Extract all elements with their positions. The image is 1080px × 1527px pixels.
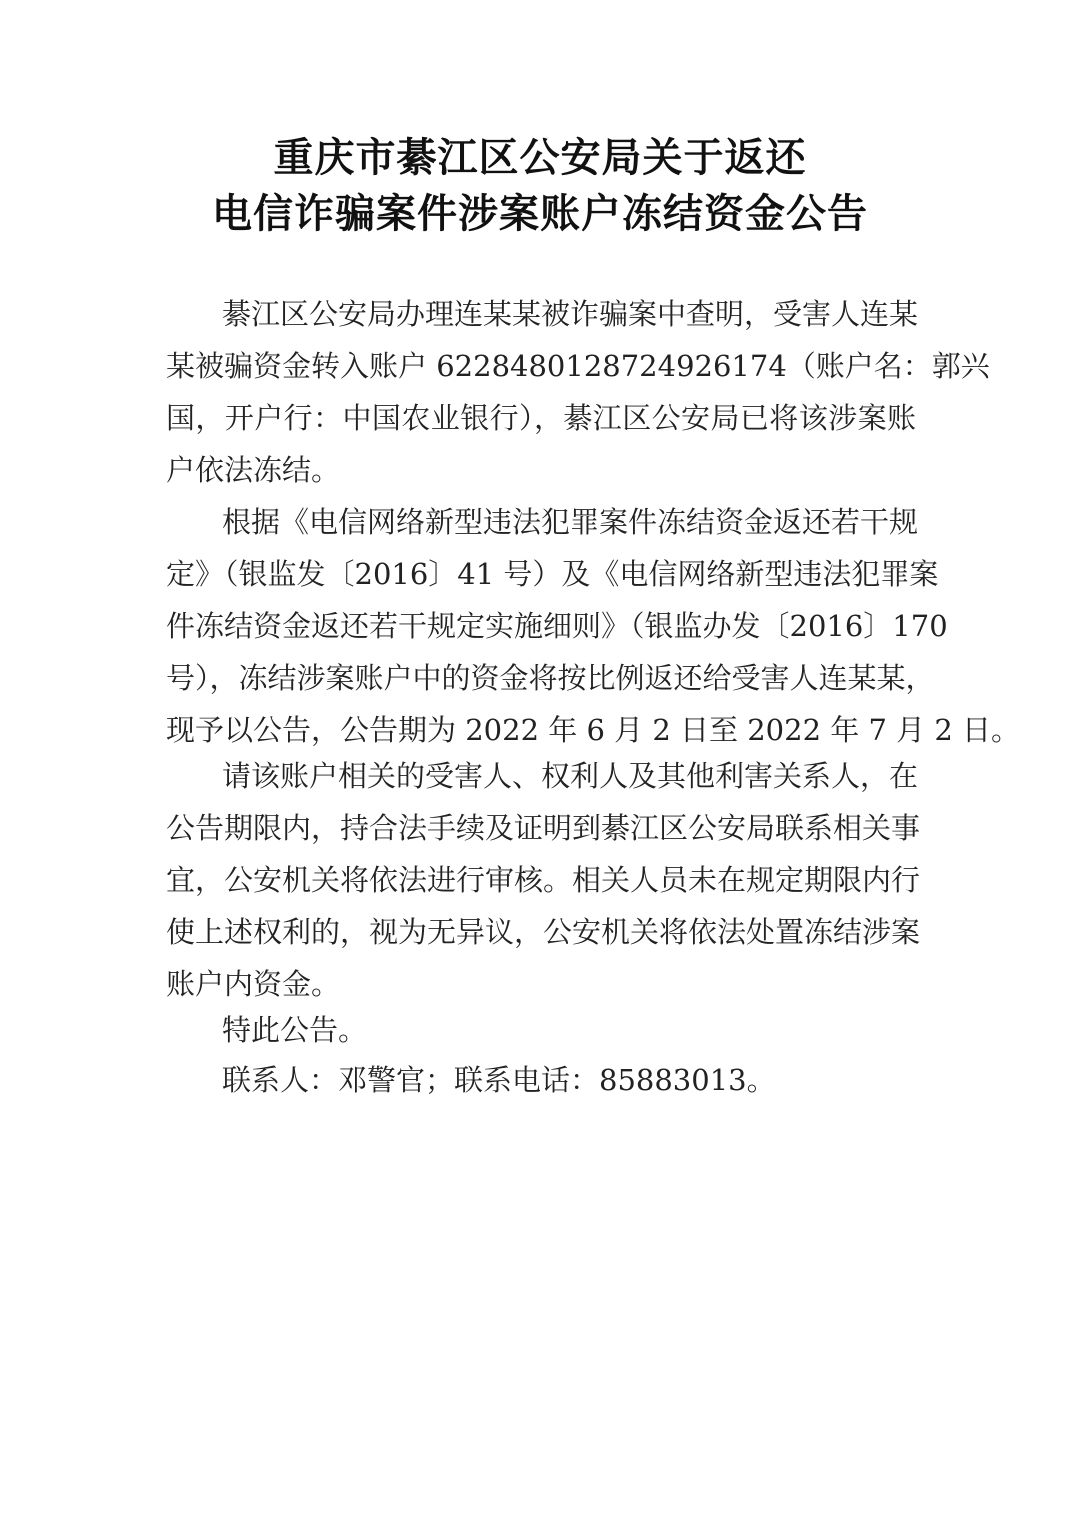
paragraph-line: 公告期限内，持合法手续及证明到綦江区公安局联系相关事 (166, 808, 916, 848)
paragraph-line: 户依法冻结。 (166, 450, 916, 490)
paragraph-line: 根据《电信网络新型违法犯罪案件冻结资金返还若干规 (222, 502, 916, 542)
closing-statement: 特此公告。 (222, 1010, 916, 1050)
paragraph-line: 綦江区公安局办理连某某被诈骗案中查明，受害人连某 (222, 294, 916, 334)
contact-info: 联系人：邓警官；联系电话：85883013。 (222, 1060, 916, 1100)
paragraph-line: 某被骗资金转入账户 6228480128724926174（账户名：郭兴 (166, 346, 916, 386)
paragraph-line: 国，开户行：中国农业银行），綦江区公安局已将该涉案账 (166, 398, 916, 438)
document-page: 重庆市綦江区公安局关于返还 电信诈骗案件涉案账户冻结资金公告 綦江区公安局办理连… (0, 0, 1080, 1527)
paragraph-line: 号），冻结涉案账户中的资金将按比例返还给受害人连某某， (166, 658, 916, 698)
paragraph-line: 账户内资金。 (166, 964, 916, 1004)
document-title-line-1: 重庆市綦江区公安局关于返还 (0, 130, 1080, 186)
paragraph-line: 定》（银监发〔2016〕41 号）及《电信网络新型违法犯罪案 (166, 554, 916, 594)
paragraph-line: 使上述权利的，视为无异议，公安机关将依法处置冻结涉案 (166, 912, 916, 952)
paragraph-line: 现予以公告，公告期为 2022 年 6 月 2 日至 2022 年 7 月 2 … (166, 710, 916, 750)
paragraph-line: 请该账户相关的受害人、权利人及其他利害关系人，在 (222, 756, 916, 796)
paragraph-line: 宜，公安机关将依法进行审核。相关人员未在规定期限内行 (166, 860, 916, 900)
document-title-line-2: 电信诈骗案件涉案账户冻结资金公告 (0, 186, 1080, 242)
paragraph-line: 件冻结资金返还若干规定实施细则》（银监办发〔2016〕170 (166, 606, 916, 646)
